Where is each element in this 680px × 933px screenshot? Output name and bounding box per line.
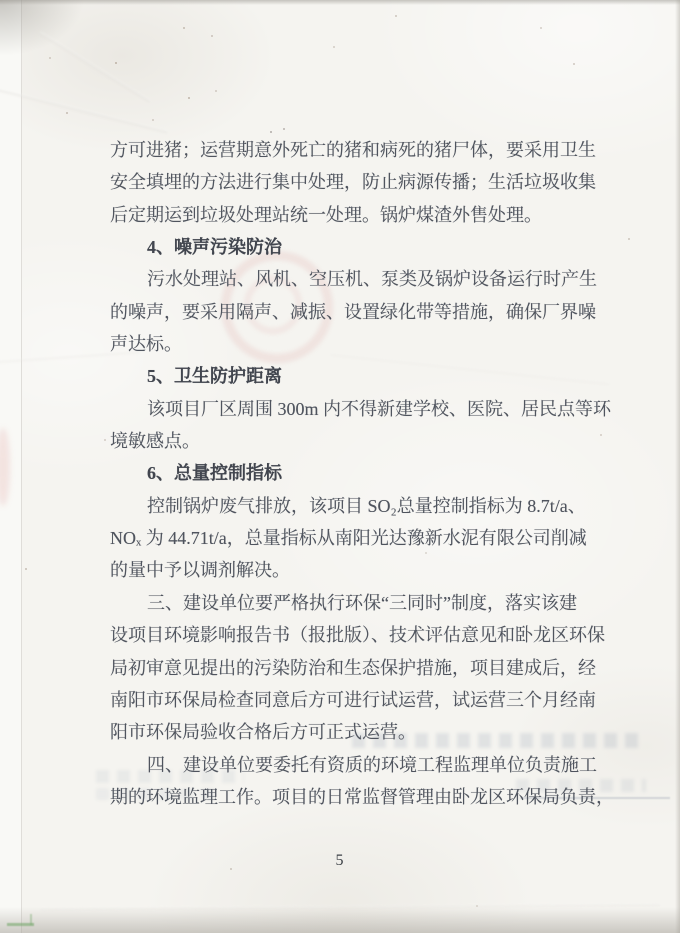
text-line: 期的环境监理工作。项目的日常监督管理由卧龙区环保局负责， xyxy=(110,781,594,813)
text-line: 安全填埋的方法进行集中处理，防止病源传播；生活垃圾收集 xyxy=(110,166,594,198)
scan-right-edge xyxy=(675,0,680,933)
text-line: 阳市环保局验收合格后方可正式运营。 xyxy=(110,716,594,748)
text-line: 方可进猪；运营期意外死亡的猪和病死的猪尸体，要采用卫生 xyxy=(110,134,594,166)
text-line: 的噪声，要采用隔声、减振、设置绿化带等措施，确保厂界噪 xyxy=(110,296,594,328)
document-lines: 方可进猪；运营期意外死亡的猪和病死的猪尸体，要采用卫生安全填埋的方法进行集中处理… xyxy=(110,134,594,813)
scan-left-edge xyxy=(0,0,22,933)
paper-specks xyxy=(0,0,2,2)
text-line: 设项目环境影响报告书（报批版）、技术评估意见和卧龙区环保 xyxy=(110,619,594,651)
section-heading: 6、总量控制指标 xyxy=(110,457,594,489)
page-number: 5 xyxy=(0,852,680,870)
section-heading: 4、噪声污染防治 xyxy=(110,231,594,263)
green-scan-artifact xyxy=(30,914,32,925)
text-line: 声达标。 xyxy=(110,328,594,360)
scanned-page: 方可进猪；运营期意外死亡的猪和病死的猪尸体，要采用卫生安全填埋的方法进行集中处理… xyxy=(0,0,680,933)
scan-top-edge xyxy=(0,0,680,5)
text-line: 境敏感点。 xyxy=(110,425,594,457)
green-scan-artifact xyxy=(7,923,34,926)
paper-crease xyxy=(39,32,150,103)
text-line: 局初审意见提出的污染防治和生态保护措施，项目建成后，经 xyxy=(110,652,594,684)
text-line: 四、建设单位要委托有资质的环境工程监理单位负责施工 xyxy=(110,749,594,781)
text-line: 后定期运到垃圾处理站统一处理。锅炉煤渣外售处理。 xyxy=(110,199,594,231)
text-line: 控制锅炉废气排放，该项目 SO₂总量控制指标为 8.7t/a、 xyxy=(110,490,594,522)
text-line: 该项目厂区周围 300m 内不得新建学校、医院、居民点等环 xyxy=(110,393,594,425)
scan-corner-shadow xyxy=(0,0,120,80)
text-line: 南阳市环保局检查同意后方可进行试运营，试运营三个月经南 xyxy=(110,684,594,716)
text-line: 三、建设单位要严格执行环保“三同时”制度，落实该建 xyxy=(110,587,594,619)
text-line: 污水处理站、风机、空压机、泵类及锅炉设备运行时产生 xyxy=(110,263,594,295)
text-line: NOₓ 为 44.71t/a，总量指标从南阳光达豫新水泥有限公司削减 xyxy=(110,522,594,554)
paper-crease xyxy=(40,904,660,910)
paper-crease xyxy=(0,85,167,133)
section-heading: 5、卫生防护距离 xyxy=(110,360,594,392)
text-line: 的量中予以调剂解决。 xyxy=(110,554,594,586)
scan-bottom-edge xyxy=(0,907,680,933)
seal-bleedthrough-smudge xyxy=(0,428,10,506)
